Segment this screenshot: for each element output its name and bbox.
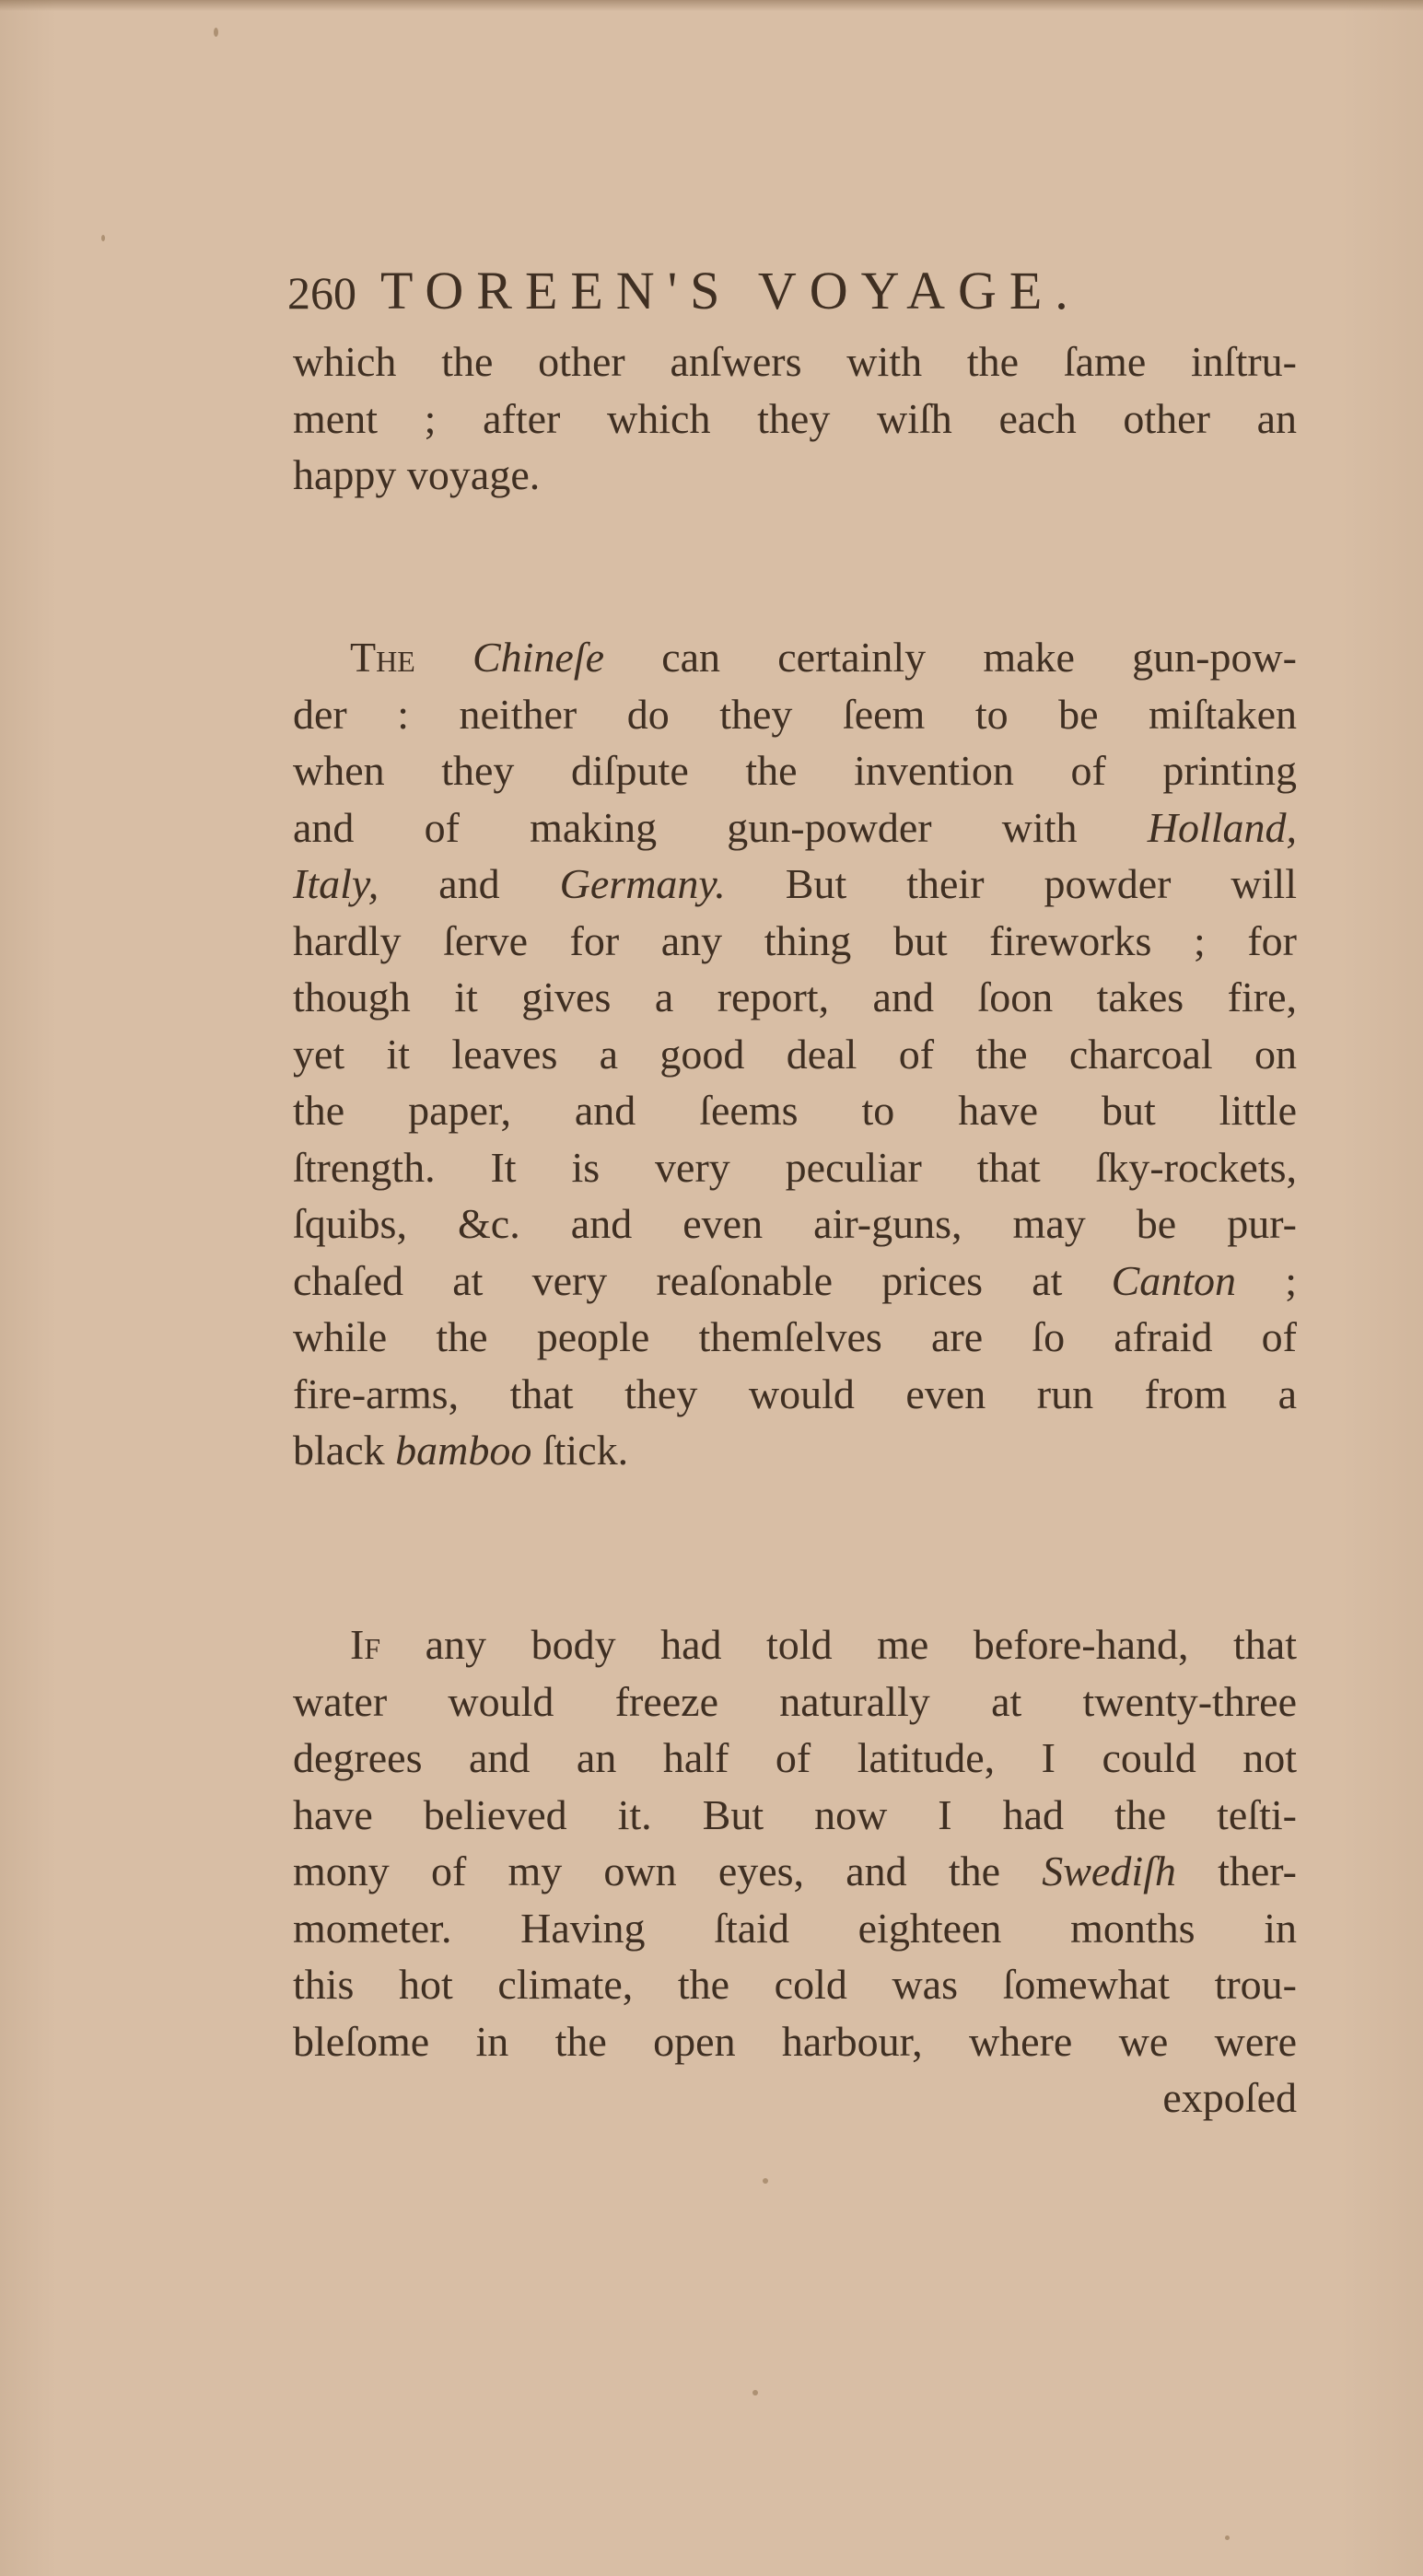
text-line: while the people themſelves are ſo afrai… bbox=[293, 1309, 1297, 1366]
text-line: degrees and an half of latitude, I could… bbox=[293, 1730, 1297, 1787]
text-line: yet it leaves a good deal of the charcoa… bbox=[293, 1026, 1297, 1083]
page-number: 260 bbox=[287, 267, 356, 319]
catchword: expoſed bbox=[293, 2069, 1297, 2127]
paper-speck bbox=[752, 2390, 758, 2395]
text-line: ſtrength. It is very peculiar that ſky-r… bbox=[293, 1139, 1297, 1196]
italic-word: Germany. bbox=[560, 860, 726, 907]
italic-word: Canton bbox=[1112, 1257, 1236, 1304]
text-line: If any body had told me before-hand, tha… bbox=[293, 1616, 1297, 1673]
text-line: The Chineſe can certainly make gun-pow- bbox=[293, 629, 1297, 686]
text-line: ſquibs, &c. and even air-guns, may be pu… bbox=[293, 1195, 1297, 1253]
italic-word: Italy, bbox=[293, 860, 379, 907]
text-line: though it gives a report, and ſoon takes… bbox=[293, 969, 1297, 1026]
paper-speck bbox=[101, 235, 105, 241]
running-head-title: TOREEN'S VOYAGE. bbox=[380, 261, 1081, 321]
text-line: fire-arms, that they would even run from… bbox=[293, 1366, 1297, 1423]
paper-speck bbox=[763, 2178, 768, 2184]
text-line: Italy, and Germany. But their powder wil… bbox=[293, 856, 1297, 913]
italic-word: Swediſh bbox=[1042, 1847, 1176, 1894]
italic-word: Chineſe bbox=[472, 634, 604, 681]
text-line: mometer. Having ſtaid eighteen months in bbox=[293, 1900, 1297, 1957]
italic-word: bamboo bbox=[395, 1427, 531, 1474]
text-line: happy voyage. bbox=[293, 447, 1297, 504]
text-line: mony of my own eyes, and the Swediſh the… bbox=[293, 1843, 1297, 1900]
text-line: and of making gun-powder with Holland, bbox=[293, 799, 1297, 857]
paper-speck bbox=[214, 28, 218, 37]
small-caps-lead: If bbox=[350, 1621, 380, 1668]
text-line: when they diſpute the invention of print… bbox=[293, 742, 1297, 799]
text-line: bleſome in the open harbour, where we we… bbox=[293, 2013, 1297, 2070]
text-line: der : neither do they ſeem to be miſtake… bbox=[293, 686, 1297, 743]
paragraph-2: The Chineſe can certainly make gun-pow- … bbox=[293, 629, 1297, 1479]
paper-speck bbox=[1225, 2535, 1230, 2540]
text-line: chaſed at very reaſonable prices at Cant… bbox=[293, 1253, 1297, 1310]
text-line: water would freeze naturally at twenty-t… bbox=[293, 1673, 1297, 1731]
text-line: the paper, and ſeems to have but little bbox=[293, 1082, 1297, 1139]
small-caps-lead: The bbox=[350, 634, 415, 681]
book-page: 260TOREEN'S VOYAGE. which the other anſw… bbox=[0, 0, 1423, 2576]
text-line: this hot climate, the cold was ſomewhat … bbox=[293, 1956, 1297, 2013]
text-line: have believed it. But now I had the teſt… bbox=[293, 1787, 1297, 1844]
paragraph-1: which the other anſwers with the ſame in… bbox=[293, 333, 1297, 504]
italic-word: Holland, bbox=[1148, 804, 1297, 851]
text-line: black bamboo ſtick. bbox=[293, 1422, 1297, 1479]
text-line: which the other anſwers with the ſame in… bbox=[293, 333, 1297, 390]
text-line: ment ; after which they wiſh each other … bbox=[293, 390, 1297, 448]
running-header: 260TOREEN'S VOYAGE. bbox=[287, 260, 1081, 321]
text-line: hardly ſerve for any thing but fireworks… bbox=[293, 913, 1297, 970]
paragraph-3: If any body had told me before-hand, tha… bbox=[293, 1616, 1297, 2127]
